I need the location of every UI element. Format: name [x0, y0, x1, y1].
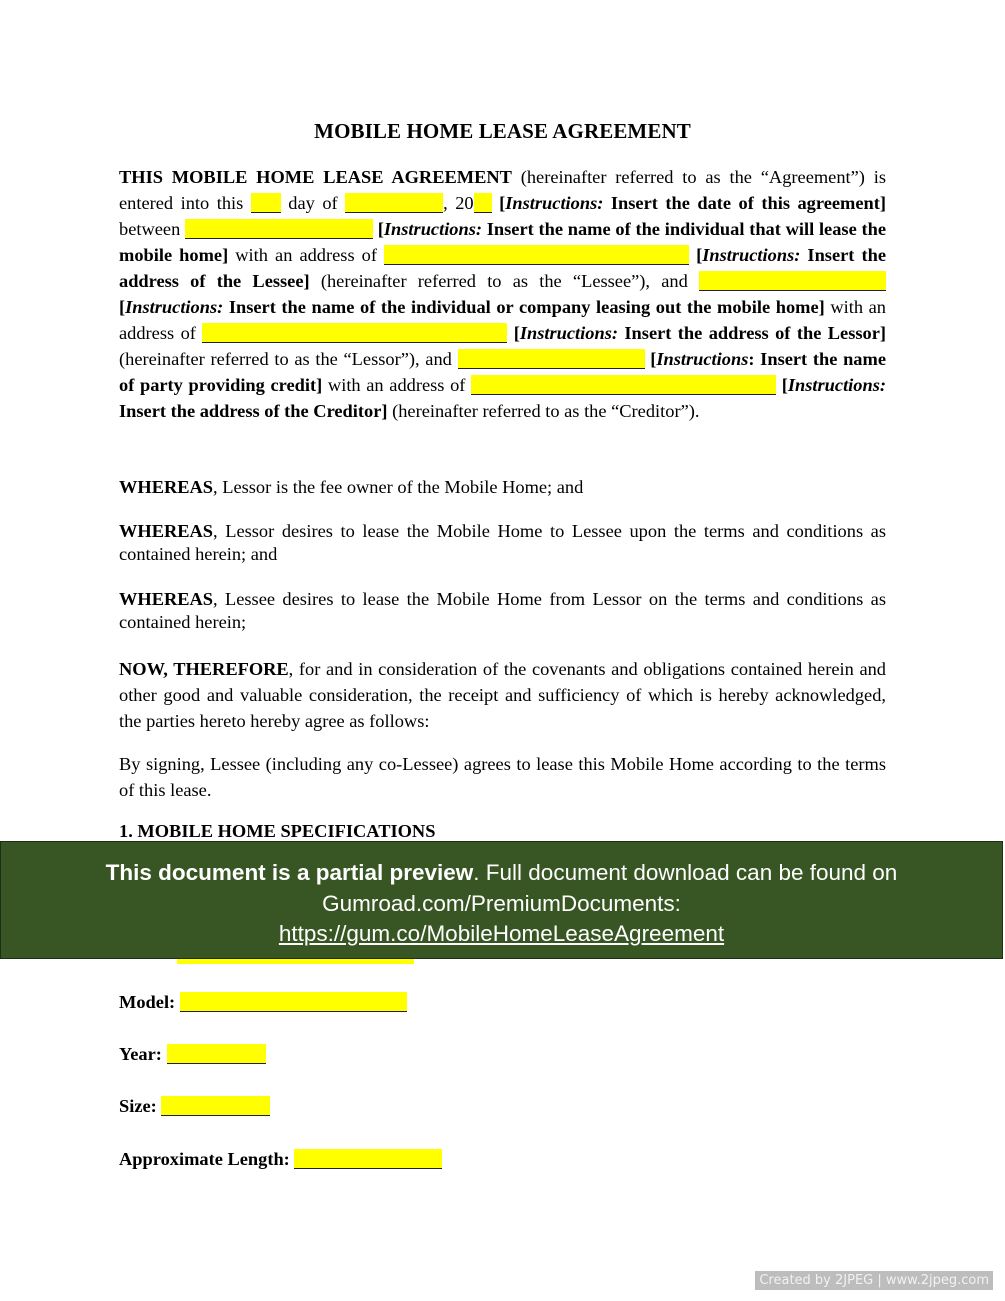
lessor-address-blank[interactable] — [202, 323, 507, 343]
model-blank[interactable] — [180, 992, 407, 1012]
instructions-label: Instructions: — [520, 323, 618, 343]
text: (hereinafter referred to as the “Lessor”… — [119, 349, 458, 369]
text: [ — [492, 193, 506, 213]
text: between — [119, 219, 185, 239]
watermark: Created by 2JPEG | www.2jpeg.com — [755, 1271, 993, 1290]
section-heading: 1. MOBILE HOME SPECIFICATIONS — [119, 821, 435, 842]
year-field: Year: — [119, 1044, 266, 1065]
field-label: Year: — [119, 1044, 162, 1064]
model-field: Model: — [119, 992, 407, 1013]
length-blank[interactable] — [294, 1149, 442, 1169]
intro-paragraph: THIS MOBILE HOME LEASE AGREEMENT (herein… — [119, 164, 886, 424]
banner-text: . Full document download can be found on — [473, 860, 897, 885]
whereas-1: WHEREAS, Lessor is the fee owner of the … — [119, 474, 886, 500]
instructions-label: Instructions: — [125, 297, 223, 317]
field-label: Approximate Length: — [119, 1149, 290, 1169]
text: , Lessee desires to lease the Mobile Hom… — [119, 589, 886, 632]
text: , Lessor desires to lease the Mobile Hom… — [119, 521, 886, 564]
instructions-label: Instructions: — [384, 219, 482, 239]
creditor-address-blank[interactable] — [471, 375, 776, 395]
instruction-date: Insert the date of this agreement] — [603, 193, 886, 213]
size-field: Size: — [119, 1096, 270, 1117]
lessee-name-blank[interactable] — [185, 219, 373, 239]
year-field-blank[interactable] — [167, 1044, 266, 1064]
instructions-label: Instructions: — [788, 375, 886, 395]
lessee-address-blank[interactable] — [384, 245, 689, 265]
text: (hereinafter referred to as the “Credito… — [388, 401, 700, 421]
whereas-label: WHEREAS — [119, 589, 213, 609]
document-title: MOBILE HOME LEASE AGREEMENT — [119, 119, 886, 144]
field-label: Size: — [119, 1096, 157, 1116]
instructions-label: Instructions: — [702, 245, 800, 265]
text: day of — [281, 193, 345, 213]
banner-bold-text: This document is a partial preview — [106, 860, 474, 885]
intro-lead: THIS MOBILE HOME LEASE AGREEMENT — [119, 167, 512, 187]
preview-banner: This document is a partial preview. Full… — [0, 841, 1003, 959]
text: (hereinafter referred to as the “Lessee”… — [310, 271, 699, 291]
instruction-creditor-address: Insert the address of the Creditor] — [119, 401, 388, 421]
day-blank[interactable] — [251, 193, 281, 213]
text: , Lessor is the fee owner of the Mobile … — [213, 477, 583, 497]
text: with an address of — [322, 375, 471, 395]
year-blank[interactable] — [474, 193, 492, 213]
instructions-label: Instructions — [656, 349, 748, 369]
instruction-lessor-address: Insert the address of the Lessor] — [618, 323, 886, 343]
field-label: Model: — [119, 992, 175, 1012]
whereas-3: WHEREAS, Lessee desires to lease the Mob… — [119, 588, 886, 633]
banner-line2: Gumroad.com/PremiumDocuments: — [1, 889, 1002, 920]
lessor-name-blank[interactable] — [699, 271, 886, 291]
whereas-2: WHEREAS, Lessor desires to lease the Mob… — [119, 520, 886, 565]
now-therefore-label: NOW, THEREFORE — [119, 659, 289, 679]
text: , 20 — [443, 193, 473, 213]
month-blank[interactable] — [345, 193, 443, 213]
creditor-name-blank[interactable] — [458, 349, 645, 369]
instructions-label: Instructions: — [505, 193, 603, 213]
text: with an address of — [228, 245, 384, 265]
size-blank[interactable] — [161, 1096, 270, 1116]
download-link[interactable]: https://gum.co/MobileHomeLeaseAgreement — [279, 921, 724, 946]
length-field: Approximate Length: — [119, 1149, 442, 1170]
instruction-lessor-name: Insert the name of the individual or com… — [223, 297, 825, 317]
by-signing-paragraph: By signing, Lessee (including any co-Les… — [119, 751, 886, 803]
now-therefore-paragraph: NOW, THEREFORE, for and in consideration… — [119, 656, 886, 734]
whereas-label: WHEREAS — [119, 521, 213, 541]
whereas-label: WHEREAS — [119, 477, 213, 497]
